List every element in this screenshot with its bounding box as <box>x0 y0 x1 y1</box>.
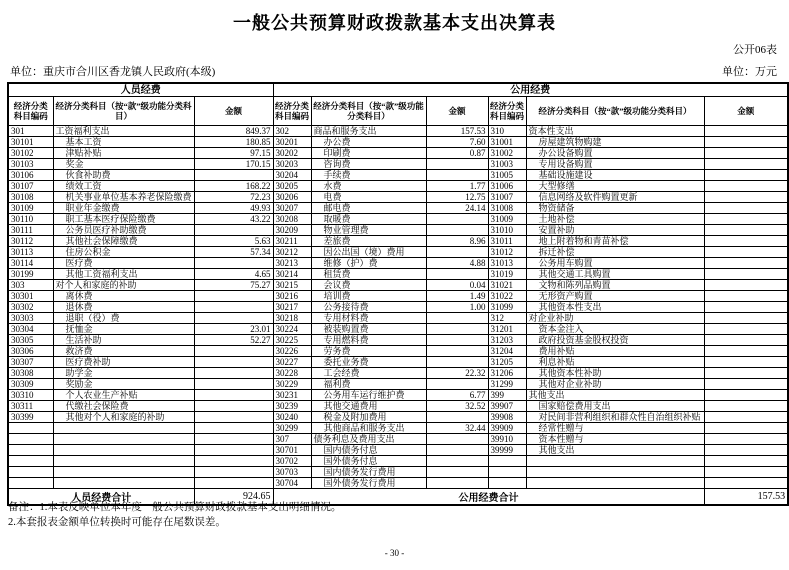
subject-code-cell: 31299 <box>488 379 526 390</box>
amount-cell <box>704 148 788 159</box>
subject-name-cell: 商品和服务支出 <box>311 126 426 137</box>
table-row: 30399其他对个人和家庭的补助30240税金及附加费用39908对民间非营利组… <box>8 412 788 423</box>
subject-code-cell: 30704 <box>273 478 311 489</box>
amount-cell: 75.27 <box>194 280 273 291</box>
subject-code-cell: 30226 <box>273 346 311 357</box>
subject-name-cell: 其他资本性补助 <box>526 368 704 379</box>
subject-code-cell: 31001 <box>488 137 526 148</box>
amount-cell: 0.87 <box>426 148 488 159</box>
amount-cell: 1.49 <box>426 291 488 302</box>
subject-name-cell: 其他交通工具购置 <box>526 269 704 280</box>
subject-code-cell: 30228 <box>273 368 311 379</box>
subject-code-cell: 30701 <box>273 445 311 456</box>
subject-name-cell: 费用补贴 <box>526 346 704 357</box>
subject-code-cell: 31203 <box>488 335 526 346</box>
subject-code-cell: 30703 <box>273 467 311 478</box>
amount-cell: 24.14 <box>426 203 488 214</box>
table-row: 30112其他社会保障缴费5.6330211差旅费8.9631011地上附着物和… <box>8 236 788 247</box>
subject-name-cell: 维修（护）费 <box>311 258 426 269</box>
amount-cell <box>704 214 788 225</box>
amount-cell <box>704 181 788 192</box>
table-row: 30114医疗费30213维修（护）费4.8831013公务用车购置 <box>8 258 788 269</box>
subject-code-cell: 30203 <box>273 159 311 170</box>
unit-name-label: 单位：重庆市合川区香龙镇人民政府(本级) <box>10 63 215 79</box>
subject-name-cell: 生活补助 <box>53 335 194 346</box>
amount-cell <box>426 214 488 225</box>
subject-name-cell: 津贴补贴 <box>53 148 194 159</box>
amount-header: 金额 <box>426 97 488 126</box>
subject-name-cell: 被装购置费 <box>311 324 426 335</box>
subject-name-cell: 对个人和家庭的补助 <box>53 280 194 291</box>
note-line-2: 2.本套报表金额单位转换时可能存在尾数误差。 <box>8 516 781 531</box>
subject-code-cell: 30215 <box>273 280 311 291</box>
amount-cell: 7.60 <box>426 137 488 148</box>
table-row: 30303退职（役）费30218专用材料费312对企业补助 <box>8 313 788 324</box>
amount-cell: 32.52 <box>426 401 488 412</box>
table-row: 30306救济费30226劳务费31204费用补贴 <box>8 346 788 357</box>
subject-name-cell: 资本性赠与 <box>526 434 704 445</box>
subject-code-cell: 30101 <box>8 137 53 148</box>
table-row: 30102津贴补贴97.1530202印刷费0.8731002办公设备购置 <box>8 148 788 159</box>
subject-code-cell: 30211 <box>273 236 311 247</box>
amount-cell <box>426 225 488 236</box>
code-header: 经济分类科目编码 <box>8 97 53 126</box>
amount-cell <box>704 423 788 434</box>
amount-cell <box>194 379 273 390</box>
subject-name-cell: 公务用车运行维护费 <box>311 390 426 401</box>
amount-cell: 52.27 <box>194 335 273 346</box>
subject-name-cell: 手续费 <box>311 170 426 181</box>
subject-name-cell <box>53 478 194 489</box>
amount-cell <box>194 412 273 423</box>
subject-name-cell: 专用设备购置 <box>526 159 704 170</box>
subject-code-cell: 31006 <box>488 181 526 192</box>
subject-name-cell: 房屋建筑物购建 <box>526 137 704 148</box>
subject-code-cell: 30206 <box>273 192 311 203</box>
amount-cell <box>426 379 488 390</box>
table-row: 30101基本工资180.8530201办公费7.6031001房屋建筑物购建 <box>8 137 788 148</box>
table-row: 30311代缴社会保险费30239其他交通费用32.5239907国家赔偿费用支… <box>8 401 788 412</box>
subject-name-cell: 个人农业生产补贴 <box>53 390 194 401</box>
subject-name-cell: 工资福利支出 <box>53 126 194 137</box>
amount-cell: 157.53 <box>426 126 488 137</box>
amount-cell <box>194 445 273 456</box>
subject-code-cell: 30214 <box>273 269 311 280</box>
subject-code-cell: 39910 <box>488 434 526 445</box>
subject-name-cell <box>526 456 704 467</box>
subject-name-cell: 取暖费 <box>311 214 426 225</box>
subject-code-cell: 30108 <box>8 192 53 203</box>
subject-code-cell: 30311 <box>8 401 53 412</box>
subject-code-cell: 30216 <box>273 291 311 302</box>
subject-name-cell: 公务用车购置 <box>526 258 704 269</box>
subject-code-cell: 30299 <box>273 423 311 434</box>
amount-cell <box>426 467 488 478</box>
subject-name-cell <box>53 467 194 478</box>
subject-code-cell: 31205 <box>488 357 526 368</box>
subject-name-cell: 劳务费 <box>311 346 426 357</box>
subject-name-cell: 职工基本医疗保险缴费 <box>53 214 194 225</box>
subject-name-cell <box>53 456 194 467</box>
amount-cell <box>426 313 488 324</box>
amount-cell: 32.44 <box>426 423 488 434</box>
subject-name-cell: 工会经费 <box>311 368 426 379</box>
table-row: 30704国外债务发行费用 <box>8 478 788 489</box>
amount-cell <box>194 313 273 324</box>
amount-cell: 49.93 <box>194 203 273 214</box>
form-code-label: 公开06表 <box>733 41 777 57</box>
amount-cell <box>704 478 788 489</box>
subject-code-cell: 31021 <box>488 280 526 291</box>
subject-code-cell: 30102 <box>8 148 53 159</box>
subject-code-cell: 30301 <box>8 291 53 302</box>
subject-code-cell: 30204 <box>273 170 311 181</box>
subject-name-cell: 基础设施建设 <box>526 170 704 181</box>
subject-name-cell: 大型修缮 <box>526 181 704 192</box>
subject-name-cell: 税金及附加费用 <box>311 412 426 423</box>
subject-name-cell: 其他社会保障缴费 <box>53 236 194 247</box>
unit-measure-label: 单位：万元 <box>722 63 777 79</box>
subject-name-cell: 差旅费 <box>311 236 426 247</box>
subject-name-cell: 物资储备 <box>526 203 704 214</box>
subject-name-cell: 国内债务付息 <box>311 445 426 456</box>
amount-header: 金额 <box>704 97 788 126</box>
subject-name-cell: 国外债务发行费用 <box>311 478 426 489</box>
amount-cell <box>194 478 273 489</box>
unit-row: 单位：重庆市合川区香龙镇人民政府(本级) 单位：万元 <box>10 63 777 79</box>
subject-name-cell: 租赁费 <box>311 269 426 280</box>
amount-cell <box>704 434 788 445</box>
amount-cell <box>194 467 273 478</box>
subject-name-cell: 福利费 <box>311 379 426 390</box>
subject-name-cell: 公务接待费 <box>311 302 426 313</box>
subject-code-cell: 39907 <box>488 401 526 412</box>
amount-cell <box>426 445 488 456</box>
subject-name-cell <box>526 478 704 489</box>
table-row: 30702国外债务付息 <box>8 456 788 467</box>
subject-code-cell: 30209 <box>273 225 311 236</box>
subject-code-cell: 31011 <box>488 236 526 247</box>
subject-name-cell: 安置补助 <box>526 225 704 236</box>
subject-code-cell: 30114 <box>8 258 53 269</box>
amount-cell <box>426 478 488 489</box>
table-row: 301工资福利支出849.37302商品和服务支出157.53310资本性支出 <box>8 126 788 137</box>
subject-name-cell: 水费 <box>311 181 426 192</box>
subject-name-cell: 其他交通费用 <box>311 401 426 412</box>
subject-code-cell: 30303 <box>8 313 53 324</box>
subject-name-cell: 奖励金 <box>53 379 194 390</box>
subject-code-cell: 31007 <box>488 192 526 203</box>
subject-code-cell <box>488 467 526 478</box>
subject-code-cell: 30224 <box>273 324 311 335</box>
code-header: 经济分类科目编码 <box>273 97 311 126</box>
table-row: 30703国内债务发行费用 <box>8 467 788 478</box>
amount-cell <box>704 313 788 324</box>
subject-name-cell: 其他工资福利支出 <box>53 269 194 280</box>
subject-code-cell: 30103 <box>8 159 53 170</box>
amount-cell: 849.37 <box>194 126 273 137</box>
subject-code-cell: 30113 <box>8 247 53 258</box>
subject-name-cell: 退休费 <box>53 302 194 313</box>
subject-code-cell: 30110 <box>8 214 53 225</box>
subject-code-cell: 31013 <box>488 258 526 269</box>
subject-name-cell: 专用材料费 <box>311 313 426 324</box>
group-header-personnel: 人员经费 <box>8 83 273 97</box>
subject-name-cell: 国内债务发行费用 <box>311 467 426 478</box>
amount-cell <box>704 302 788 313</box>
amount-cell <box>704 368 788 379</box>
subject-name-cell: 土地补偿 <box>526 214 704 225</box>
amount-cell: 43.22 <box>194 214 273 225</box>
subject-code-cell: 302 <box>273 126 311 137</box>
subject-name-cell: 会议费 <box>311 280 426 291</box>
amount-cell <box>704 412 788 423</box>
amount-cell <box>704 247 788 258</box>
subject-name-cell: 其他商品和服务支出 <box>311 423 426 434</box>
subject-code-cell: 30231 <box>273 390 311 401</box>
amount-cell: 23.01 <box>194 324 273 335</box>
page-number: - 30 - <box>0 548 789 558</box>
subject-code-cell: 30306 <box>8 346 53 357</box>
subject-name-cell: 委托业务费 <box>311 357 426 368</box>
page-title: 一般公共预算财政拨款基本支出决算表 <box>0 9 789 35</box>
table-row: 30301离休费30216培训费1.4931022无形资产购置 <box>8 291 788 302</box>
amount-cell <box>704 269 788 280</box>
subject-code-cell: 303 <box>8 280 53 291</box>
subject-name-cell: 职业年金缴费 <box>53 203 194 214</box>
subject-code-cell: 31003 <box>488 159 526 170</box>
amount-cell <box>704 357 788 368</box>
subject-name-cell: 绩效工资 <box>53 181 194 192</box>
amount-cell <box>426 346 488 357</box>
subject-name-cell: 救济费 <box>53 346 194 357</box>
subject-code-cell: 39908 <box>488 412 526 423</box>
amount-cell <box>426 357 488 368</box>
amount-cell <box>704 280 788 291</box>
subject-name-cell: 电费 <box>311 192 426 203</box>
subject-name-cell: 资本金注入 <box>526 324 704 335</box>
subject-name-cell: 培训费 <box>311 291 426 302</box>
subject-code-cell: 30225 <box>273 335 311 346</box>
column-header-row: 经济分类科目编码 经济分类科目（按“款”级功能分类科目） 金额 经济分类科目编码… <box>8 97 788 126</box>
amount-cell <box>194 258 273 269</box>
amount-cell: 22.32 <box>426 368 488 379</box>
subject-name-cell: 其他资本性支出 <box>526 302 704 313</box>
subject-name-cell: 其他对个人和家庭的补助 <box>53 412 194 423</box>
amount-cell <box>704 401 788 412</box>
subject-code-cell: 39909 <box>488 423 526 434</box>
subject-code-cell: 31005 <box>488 170 526 181</box>
amount-cell <box>704 335 788 346</box>
subject-code-cell: 399 <box>488 390 526 401</box>
subject-header: 经济分类科目（按“款”级功能分类科目） <box>311 97 426 126</box>
subject-code-cell: 31099 <box>488 302 526 313</box>
subject-name-cell <box>53 423 194 434</box>
subject-header: 经济分类科目（按“款”级功能分类科目） <box>53 97 194 126</box>
subject-name-cell: 无形资产购置 <box>526 291 704 302</box>
subject-name-cell: 物业管理费 <box>311 225 426 236</box>
subject-name-cell: 代缴社会保险费 <box>53 401 194 412</box>
subject-code-cell: 31002 <box>488 148 526 159</box>
subject-name-cell <box>526 467 704 478</box>
amount-cell: 170.15 <box>194 159 273 170</box>
amount-cell: 180.85 <box>194 137 273 148</box>
subject-code-cell: 307 <box>273 434 311 445</box>
amount-cell: 97.15 <box>194 148 273 159</box>
subject-name-cell: 政府投资基金股权投资 <box>526 335 704 346</box>
subject-name-cell: 拆迁补偿 <box>526 247 704 258</box>
subject-code-cell: 30202 <box>273 148 311 159</box>
subject-code-cell: 31206 <box>488 368 526 379</box>
amount-cell: 57.34 <box>194 247 273 258</box>
table-row: 303对个人和家庭的补助75.2730215会议费0.0431021文物和陈列品… <box>8 280 788 291</box>
amount-cell <box>704 346 788 357</box>
subject-code-cell: 30205 <box>273 181 311 192</box>
amount-cell <box>194 456 273 467</box>
amount-cell: 1.00 <box>426 302 488 313</box>
subject-code-cell <box>8 456 53 467</box>
subject-name-cell <box>53 434 194 445</box>
subject-code-cell: 31008 <box>488 203 526 214</box>
amount-cell <box>194 291 273 302</box>
subject-name-cell: 文物和陈列品购置 <box>526 280 704 291</box>
subject-code-cell: 30201 <box>273 137 311 148</box>
subject-code-cell: 31012 <box>488 247 526 258</box>
amount-cell <box>704 170 788 181</box>
subject-code-cell: 31022 <box>488 291 526 302</box>
amount-cell <box>704 137 788 148</box>
amount-cell <box>704 467 788 478</box>
amount-cell: 72.23 <box>194 192 273 203</box>
subject-name-cell: 咨询费 <box>311 159 426 170</box>
subject-code-cell: 30302 <box>8 302 53 313</box>
subject-name-cell: 资本性支出 <box>526 126 704 137</box>
amount-cell <box>426 159 488 170</box>
subject-code-cell: 30217 <box>273 302 311 313</box>
amount-cell <box>426 456 488 467</box>
amount-cell <box>704 126 788 137</box>
amount-cell <box>704 258 788 269</box>
subject-name-cell: 邮电费 <box>311 203 426 214</box>
note-line-1: 备注：1.本表反映单位本年度一般公共预算财政拨款基本支出明细情况。 <box>8 501 781 516</box>
subject-name-cell: 专用燃料费 <box>311 335 426 346</box>
table-row: 30109职业年金缴费49.9330207邮电费24.1431008物资储备 <box>8 203 788 214</box>
amount-cell <box>194 401 273 412</box>
amount-cell <box>194 368 273 379</box>
subject-name-cell: 经常性赠与 <box>526 423 704 434</box>
subject-header: 经济分类科目（按“款”级功能分类科目） <box>526 97 704 126</box>
amount-cell <box>704 456 788 467</box>
subject-name-cell: 医疗费补助 <box>53 357 194 368</box>
amount-cell <box>704 390 788 401</box>
subject-name-cell <box>53 445 194 456</box>
amount-cell: 12.75 <box>426 192 488 203</box>
amount-cell: 4.65 <box>194 269 273 280</box>
subject-code-cell: 30199 <box>8 269 53 280</box>
subject-code-cell: 31204 <box>488 346 526 357</box>
table-row: 30299其他商品和服务支出32.4439909经常性赠与 <box>8 423 788 434</box>
subject-code-cell: 30239 <box>273 401 311 412</box>
amount-cell <box>194 423 273 434</box>
amount-cell <box>426 269 488 280</box>
amount-cell <box>704 445 788 456</box>
subject-name-cell: 公务员医疗补助缴费 <box>53 225 194 236</box>
code-header: 经济分类科目编码 <box>488 97 526 126</box>
amount-cell <box>426 324 488 335</box>
subject-code-cell: 31019 <box>488 269 526 280</box>
subject-name-cell: 离休费 <box>53 291 194 302</box>
table-row: 307债务利息及费用支出39910资本性赠与 <box>8 434 788 445</box>
subject-code-cell: 30307 <box>8 357 53 368</box>
subject-code-cell: 30112 <box>8 236 53 247</box>
amount-cell <box>704 159 788 170</box>
subject-name-cell: 抚恤金 <box>53 324 194 335</box>
amount-cell <box>704 192 788 203</box>
subject-code-cell: 31009 <box>488 214 526 225</box>
subject-code-cell: 30213 <box>273 258 311 269</box>
subject-code-cell: 30309 <box>8 379 53 390</box>
amount-cell <box>426 170 488 181</box>
subject-code-cell <box>8 478 53 489</box>
subject-code-cell: 30305 <box>8 335 53 346</box>
subject-name-cell: 住房公积金 <box>53 247 194 258</box>
amount-cell: 6.77 <box>426 390 488 401</box>
subject-code-cell: 30109 <box>8 203 53 214</box>
table-row: 30111公务员医疗补助缴费30209物业管理费31010安置补助 <box>8 225 788 236</box>
table-row: 30307医疗费补助30227委托业务费31205利息补贴 <box>8 357 788 368</box>
subject-code-cell: 30227 <box>273 357 311 368</box>
subject-name-cell: 其他支出 <box>526 445 704 456</box>
subject-name-cell: 助学金 <box>53 368 194 379</box>
amount-cell: 4.88 <box>426 258 488 269</box>
subject-code-cell <box>488 456 526 467</box>
amount-cell <box>194 357 273 368</box>
amount-cell <box>704 225 788 236</box>
group-header-row: 人员经费 公用经费 <box>8 83 788 97</box>
subject-code-cell: 31201 <box>488 324 526 335</box>
subject-name-cell: 伙食补助费 <box>53 170 194 181</box>
subject-code-cell: 30106 <box>8 170 53 181</box>
table-row: 30199其他工资福利支出4.6530214租赁费31019其他交通工具购置 <box>8 269 788 280</box>
subject-name-cell: 其他对企业补助 <box>526 379 704 390</box>
subject-code-cell: 30240 <box>273 412 311 423</box>
subject-name-cell: 奖金 <box>53 159 194 170</box>
subject-code-cell <box>8 423 53 434</box>
subject-code-cell: 30702 <box>273 456 311 467</box>
amount-cell <box>704 291 788 302</box>
amount-cell <box>194 225 273 236</box>
subject-name-cell: 退职（役）费 <box>53 313 194 324</box>
subject-code-cell: 30310 <box>8 390 53 401</box>
amount-cell <box>704 236 788 247</box>
table-row: 30113住房公积金57.3430212因公出国（境）费用31012拆迁补偿 <box>8 247 788 258</box>
amount-cell <box>194 434 273 445</box>
amount-cell <box>194 390 273 401</box>
subject-name-cell: 基本工资 <box>53 137 194 148</box>
table-row: 30110职工基本医疗保险缴费43.2230208取暖费31009土地补偿 <box>8 214 788 225</box>
table-row: 30309奖励金30229福利费31299其他对企业补助 <box>8 379 788 390</box>
table-row: 30701国内债务付息39999其他支出 <box>8 445 788 456</box>
notes-block: 备注：1.本表反映单位本年度一般公共预算财政拨款基本支出明细情况。 2.本套报表… <box>8 501 781 530</box>
amount-cell: 5.63 <box>194 236 273 247</box>
amount-cell <box>704 203 788 214</box>
subject-name-cell: 办公费 <box>311 137 426 148</box>
amount-cell <box>194 302 273 313</box>
subject-name-cell: 对民间非营利组织和群众性自治组织补贴 <box>526 412 704 423</box>
table-row: 30305生活补助52.2730225专用燃料费31203政府投资基金股权投资 <box>8 335 788 346</box>
subject-code-cell: 30399 <box>8 412 53 423</box>
subject-code-cell: 30308 <box>8 368 53 379</box>
